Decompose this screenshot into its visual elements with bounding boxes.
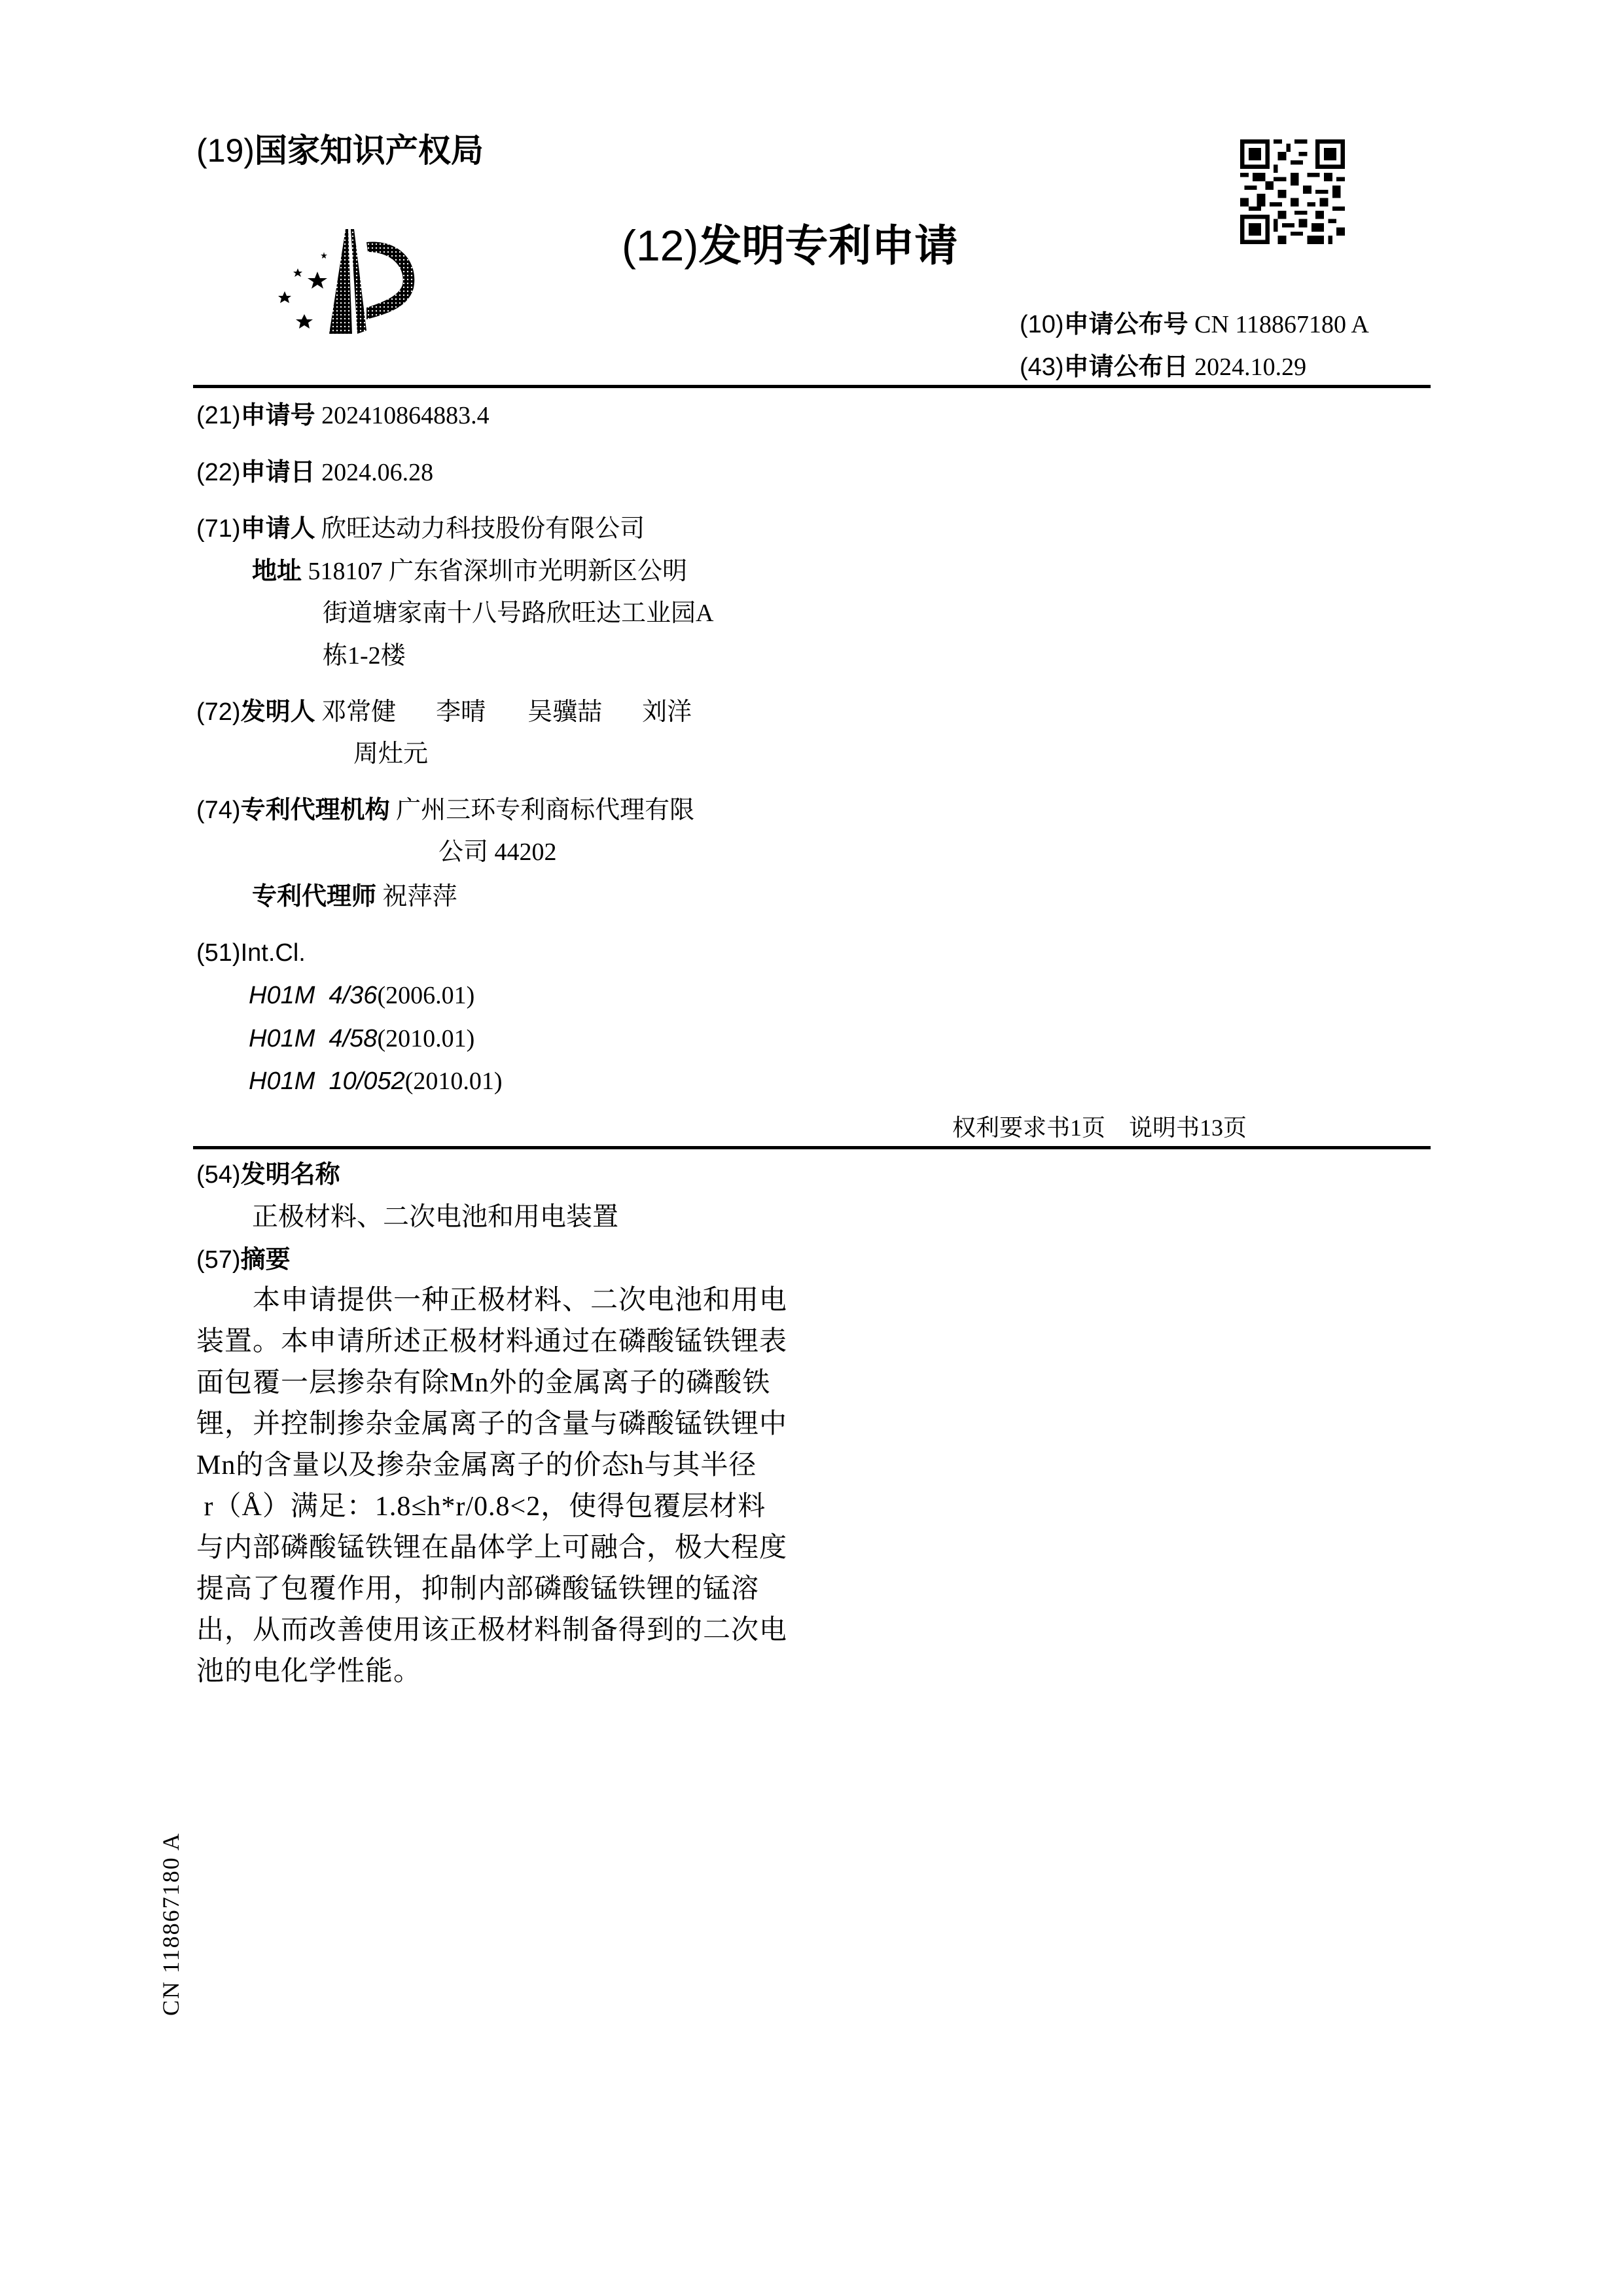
applicant-name: 欣旺达动力科技股份有限公司: [321, 515, 645, 543]
ipc-class-row: H01M 4/58(2010.01): [249, 1023, 474, 1054]
invention-title: 正极材料、二次电池和用电装置: [252, 1201, 618, 1232]
doc-type: 发明专利申请: [698, 221, 957, 271]
ipc-class-row: H01M 4/36(2006.01): [249, 980, 474, 1011]
filing-date: (22)申请日 2024.06.28: [196, 456, 433, 488]
applicant-address-line-1: 地址 518107 广东省深圳市光明新区公明: [252, 555, 687, 587]
page-counts: 权利要求书1页 说明书13页: [952, 1113, 1247, 1143]
publication-number-label: 申请公布号: [1064, 310, 1188, 338]
section-divider: [193, 1146, 1431, 1149]
ipc-heading: (51)Int.Cl.: [196, 937, 306, 969]
inventors-label: 发明人: [241, 697, 315, 726]
address-line: 518107 广东省深圳市光明新区公明: [308, 558, 688, 585]
qr-code-icon: [1240, 139, 1345, 244]
side-publication-number: CN 118867180 A: [157, 1832, 185, 2016]
ipc-version: (2010.01): [377, 1025, 474, 1052]
patent-agent-label: 专利代理师: [252, 882, 376, 910]
invention-title-code: (54): [196, 1161, 241, 1189]
filing-date-label: 申请日: [241, 457, 315, 486]
abstract-label: 摘要: [241, 1245, 291, 1274]
ipc-version: (2010.01): [405, 1067, 503, 1095]
publication-date-code: (43): [1020, 353, 1064, 381]
publication-date-value: 2024.10.29: [1194, 353, 1306, 381]
office-code: (19): [196, 132, 255, 169]
inventor-name: 邓常健: [321, 696, 436, 728]
application-number-label: 申请号: [241, 401, 315, 429]
inventors-code: (72): [196, 698, 241, 726]
doc-type-code: (12): [622, 221, 698, 270]
abstract-line: 面包覆一层掺杂有除Mn外的金属离子的磷酸铁: [196, 1367, 785, 1399]
abstract-line: 与内部磷酸锰铁锂在晶体学上可融合，极大程度: [196, 1532, 785, 1564]
agency-code: (74): [196, 797, 241, 824]
publication-date-label: 申请公布日: [1064, 352, 1188, 381]
ipc-label: Int.Cl.: [241, 939, 306, 967]
abstract-heading: (57)摘要: [196, 1244, 291, 1276]
filing-date-code: (22): [196, 459, 241, 486]
agency-label: 专利代理机构: [241, 795, 390, 824]
office-header: (19)国家知识产权局: [196, 131, 484, 170]
publication-date: (43)申请公布日 2024.10.29: [1020, 350, 1306, 384]
ipc-version: (2006.01): [377, 982, 474, 1009]
office-name: 国家知识产权局: [255, 132, 484, 170]
application-number: (21)申请号 202410864883.4: [196, 399, 490, 431]
abstract-code: (57): [196, 1246, 241, 1274]
abstract-line: 装置。本申请所述正极材料通过在磷酸锰铁锂表: [196, 1326, 785, 1357]
invention-title-label: 发明名称: [241, 1160, 340, 1189]
ipc-class: H01M 4/58: [249, 1025, 377, 1052]
abstract-line: Mn的含量以及掺杂金属离子的价态h与其半径: [196, 1450, 785, 1481]
ipc-class-row: H01M 10/052(2010.01): [249, 1066, 503, 1097]
ipc-class: H01M 4/36: [249, 982, 377, 1009]
abstract-line: 锂，并控制掺杂金属离子的含量与磷酸锰铁锂中: [196, 1408, 785, 1440]
publication-number-value: CN 118867180 A: [1194, 311, 1369, 338]
application-number-code: (21): [196, 402, 241, 429]
abstract-line: r（Å）满足：1.8≤h*r/0.8<2，使得包覆层材料: [196, 1491, 785, 1522]
inventor-name: 周灶元: [353, 738, 428, 770]
applicant-label: 申请人: [241, 514, 315, 543]
address-label: 地址: [252, 556, 302, 585]
publication-number-code: (10): [1020, 311, 1064, 338]
invention-title-heading: (54)发明名称: [196, 1158, 340, 1191]
agency-name: 广州三环专利商标代理有限: [396, 797, 694, 824]
inventor-name: 刘洋: [642, 698, 692, 726]
header-divider: [193, 385, 1431, 388]
cnipa-logo-icon: [268, 223, 425, 340]
filing-date-value: 2024.06.28: [321, 459, 433, 486]
abstract-line: 池的电化学性能。: [196, 1656, 785, 1687]
application-number-value: 202410864883.4: [321, 402, 490, 429]
doc-type-title: (12)发明专利申请: [622, 219, 957, 272]
ipc-code: (51): [196, 939, 241, 967]
abstract-line: 本申请提供一种正极材料、二次电池和用电: [196, 1285, 785, 1316]
patent-agent-name: 祝萍萍: [383, 883, 457, 910]
inventors: (72)发明人 邓常健李晴吴骥喆刘洋: [196, 696, 692, 728]
abstract-line: 提高了包覆作用，抑制内部磷酸锰铁锂的锰溶: [196, 1573, 785, 1605]
agency: (74)专利代理机构 广州三环专利商标代理有限: [196, 794, 694, 826]
ipc-class: H01M 10/052: [249, 1067, 405, 1095]
agency-name-line-2: 公司 44202: [438, 836, 557, 868]
applicant-address-line-2: 街道塘家南十八号路欣旺达工业园A: [323, 598, 713, 629]
applicant: (71)申请人 欣旺达动力科技股份有限公司: [196, 512, 645, 545]
patent-agent: 专利代理师 祝萍萍: [252, 880, 457, 912]
inventor-name: 李晴: [436, 696, 527, 728]
inventor-name: 吴骥喆: [527, 696, 642, 728]
abstract-line: 出，从而改善使用该正极材料制备得到的二次电: [196, 1615, 785, 1646]
applicant-code: (71): [196, 515, 241, 543]
applicant-address-line-3: 栋1-2楼: [323, 640, 406, 672]
publication-number: (10)申请公布号 CN 118867180 A: [1020, 308, 1369, 341]
